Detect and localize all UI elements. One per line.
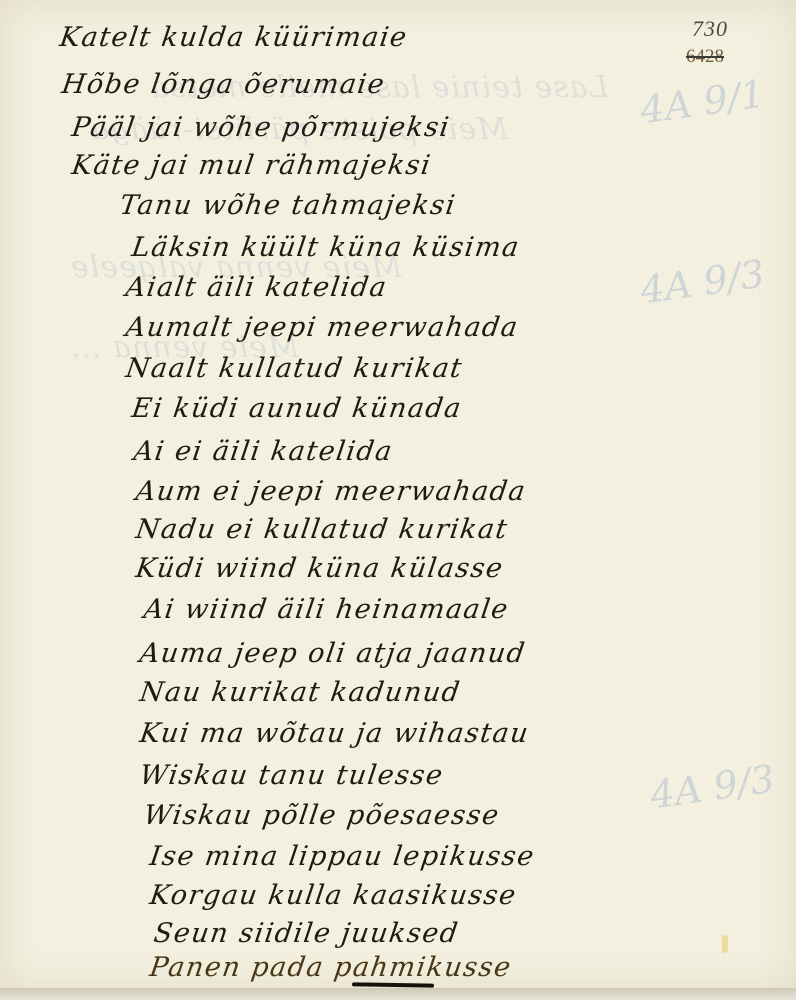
- verse-line: Aumalt jeepi meerwahada: [124, 312, 521, 343]
- verse-line: Panen pada pahmikusse: [148, 952, 514, 983]
- verse-line: Tanu wõhe tahmajeksi: [118, 190, 458, 221]
- manuscript-page: Lase teinie lase meile metsa Meie poiste…: [0, 0, 796, 990]
- verse-line: Ise mina lippau lepikusse: [148, 841, 537, 872]
- verse-line: Naalt kullatud kurikat: [124, 353, 465, 384]
- verse-line: Pääl jai wõhe põrmujeksi: [70, 112, 452, 143]
- verse-line: Korgau kulla kaasikusse: [148, 880, 519, 911]
- verse-line: Aialt äili katelida: [124, 272, 390, 303]
- verse-line: Kui ma wõtau ja wihastau: [138, 718, 532, 749]
- ink-stain: [722, 935, 728, 953]
- verse-line: Läksin küült küna küsima: [130, 232, 522, 263]
- verse-line: Wiskau tanu tulesse: [138, 760, 446, 791]
- verse-line: Aum ei jeepi meerwahada: [134, 476, 528, 507]
- verse-line: Küdi wiind küna külasse: [134, 553, 506, 584]
- verse-line: Auma jeep oli atja jaanud: [138, 638, 528, 669]
- verse-line: Wiskau põlle põesaesse: [142, 800, 502, 831]
- verse-line: Seun siidile juuksed: [152, 918, 461, 949]
- verse-line: Nau kurikat kadunud: [138, 677, 463, 708]
- verse-line: Hõbe lõnga õerumaie: [60, 69, 388, 100]
- verse-line: Katelt kulda küürimaie: [58, 22, 410, 53]
- verse-line: Ei küdi aunud künada: [130, 393, 464, 424]
- page-bottom-edge: [0, 988, 796, 1000]
- verse-line: Käte jai mul rähmajeksi: [70, 150, 434, 181]
- verse-line: Nadu ei kullatud kurikat: [134, 514, 510, 545]
- verse-line: Ai wiind äili heinamaale: [142, 594, 511, 625]
- verse-line: Ai ei äili katelida: [132, 436, 395, 467]
- verse-lines: Katelt kulda küürimaie Hõbe lõnga õeruma…: [0, 0, 796, 990]
